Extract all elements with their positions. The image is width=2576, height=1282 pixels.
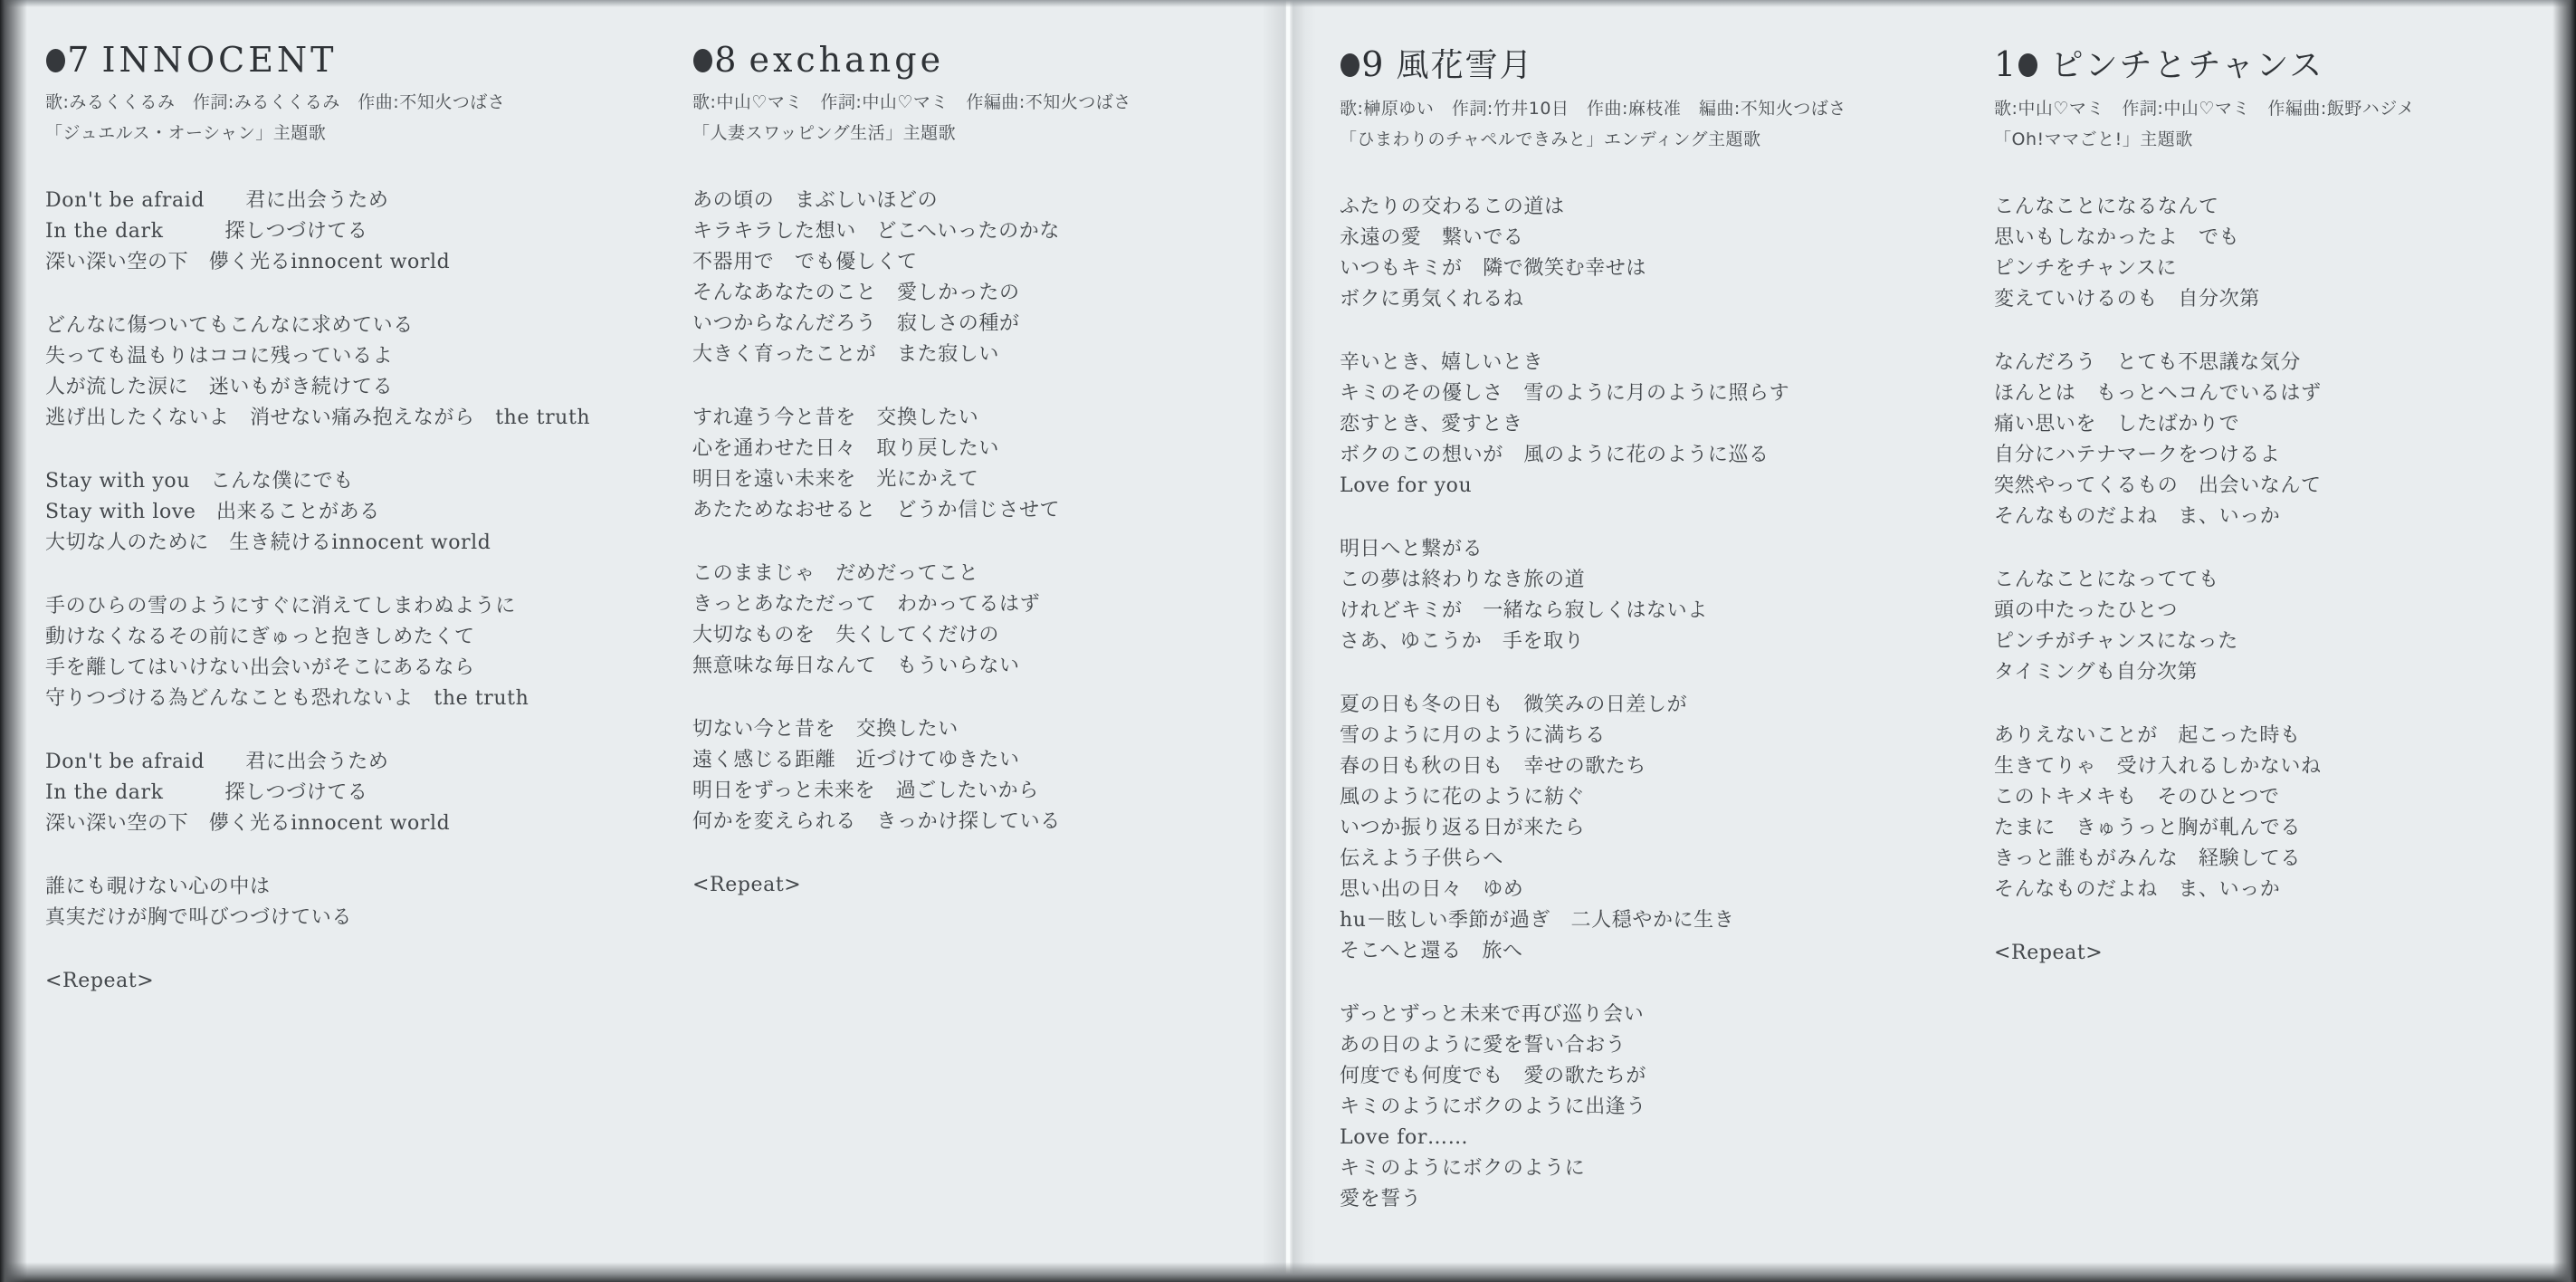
- track-number: 9: [1340, 44, 1385, 84]
- track-number: 8: [692, 40, 738, 80]
- lyric-line: いつか振り返る日が来たら: [1340, 813, 1944, 844]
- lyric-line: 風のように花のように紡ぐ: [1340, 782, 1944, 813]
- track-digit: 9: [1361, 44, 1385, 84]
- lyric-line: Love for you: [1340, 471, 1944, 502]
- lyric-line: 春の日も秋の日も 幸せの歌たち: [1340, 751, 1944, 782]
- lyric-line: 深い深い空の下 儚く光るinnocent world: [45, 808, 650, 839]
- song-section-08: 8exchange 歌:中山♡マミ 作詞:中山♡マミ 作編曲:不知火つばさ 「人…: [692, 40, 1297, 933]
- lyric-line: Stay with you こんな僕にでも: [45, 466, 650, 497]
- lyric-line: 不器用で でも優しくて: [692, 247, 1297, 278]
- stanza: <Repeat>: [692, 870, 1297, 901]
- stanza: なんだろう とても不思議な気分ほんとは もっとヘコんでいるはず痛い思いを したば…: [1994, 348, 2576, 532]
- song-credits: 歌:榊原ゆい 作詞:竹井10日 作曲:麻枝准 編曲:不知火つばさ: [1340, 95, 1944, 120]
- booklet-spread: 7INNOCENT 歌:みるくくるみ 作詞:みるくくるみ 作曲:不知火つばさ 「…: [0, 0, 2576, 1282]
- stanza: 夏の日も冬の日も 微笑みの日差しが雪のように月のように満ちる春の日も秋の日も 幸…: [1340, 690, 1944, 967]
- lyric-line: 誰にも覗けない心の中は: [45, 872, 650, 903]
- lyric-line: 手のひらの雪のようにすぐに消えてしまわぬように: [45, 591, 650, 622]
- lyric-line: 深い深い空の下 儚く光るinnocent world: [45, 247, 650, 278]
- lyric-line: 何度でも何度でも 愛の歌たちが: [1340, 1061, 1944, 1092]
- stanza: Don't be afraid 君に出会うためIn the dark 探しつづけ…: [45, 186, 650, 278]
- lyric-line: ほんとは もっとヘコんでいるはず: [1994, 378, 2576, 409]
- zero-digit-glyph: [1340, 53, 1360, 78]
- lyric-line: きっと誰もがみんな 経験してる: [1994, 844, 2576, 875]
- track-digit: 1: [1994, 44, 2018, 84]
- lyric-line: 切ない今と昔を 交換したい: [692, 714, 1297, 745]
- lyric-line: こんなことになってても: [1994, 565, 2576, 596]
- scan-edge-top: [0, 0, 2576, 7]
- lyric-line: 変えていけるのも 自分次第: [1994, 284, 2576, 315]
- lyric-line: すれ違う今と昔を 交換したい: [692, 403, 1297, 434]
- lyric-line: hu－眩しい季節が過ぎ 二人穏やかに生き: [1340, 905, 1944, 936]
- lyric-line: 何かを変えられる きっかけ探している: [692, 807, 1297, 837]
- lyric-line: たまに きゅうっと胸が軋んでる: [1994, 813, 2576, 844]
- lyric-line: In the dark 探しつづけてる: [45, 778, 650, 808]
- lyric-line: さあ、ゆこうか 手を取り: [1340, 627, 1944, 657]
- lyric-line: 思い出の日々 ゆめ: [1340, 875, 1944, 905]
- song-tieup: 「ひまわりのチャペルできみと」エンディング主題歌: [1340, 126, 1944, 150]
- lyrics: あの頃の まぶしいほどのキラキラした想い どこへいったのかな不器用で でも優しく…: [692, 186, 1297, 901]
- lyric-line: 愛を誓う: [1340, 1184, 1944, 1215]
- song-title-row: 8exchange: [692, 40, 1297, 80]
- lyric-line: ふたりの交わるこの道は: [1340, 192, 1944, 223]
- lyric-line: 無意味な毎日なんて もういらない: [692, 651, 1297, 682]
- track-number: 1: [1994, 44, 2039, 84]
- lyric-line: 守りつづける為どんなことも恐れないよ the truth: [45, 684, 650, 714]
- lyric-line: タイミングも自分次第: [1994, 657, 2576, 688]
- lyric-line: Stay with love 出来ることがある: [45, 497, 650, 528]
- stanza: こんなことになるなんて思いもしなかったよ でもピンチをチャンスに変えていけるのも…: [1994, 192, 2576, 315]
- zero-digit-glyph: [46, 49, 65, 73]
- lyric-line: いつもキミが 隣で微笑む幸せは: [1340, 254, 1944, 284]
- lyric-line: 遠く感じる距離 近づけてゆきたい: [692, 745, 1297, 776]
- lyric-line: 雪のように月のように満ちる: [1340, 721, 1944, 751]
- track-digit: 7: [67, 40, 91, 80]
- song-credits: 歌:中山♡マミ 作詞:中山♡マミ 作編曲:飯野ハジメ: [1994, 95, 2576, 120]
- zero-digit-glyph: [693, 49, 712, 73]
- lyric-line: このままじゃ だめだってこと: [692, 559, 1297, 589]
- lyric-line: ずっとずっと未来で再び巡り会い: [1340, 1000, 1944, 1030]
- stanza: 手のひらの雪のようにすぐに消えてしまわぬように動けなくなるその前にぎゅっと抱きし…: [45, 591, 650, 714]
- lyric-line: 逃げ出したくないよ 消せない痛み抱えながら the truth: [45, 403, 650, 434]
- lyric-line: そんなあなたのこと 愛しかったの: [692, 278, 1297, 309]
- lyric-line: そんなものだよね ま、いっか: [1994, 875, 2576, 905]
- song-title: ピンチとチャンス: [2050, 47, 2323, 84]
- lyric-line: 明日へと繋がる: [1340, 534, 1944, 565]
- lyric-line: 明日を遠い未来を 光にかえて: [692, 464, 1297, 495]
- lyric-line: 痛い思いを したばかりで: [1994, 409, 2576, 440]
- lyric-line: 突然やってくるもの 出会いなんて: [1994, 471, 2576, 502]
- stanza: 誰にも覗けない心の中は真実だけが胸で叫びつづけている: [45, 872, 650, 933]
- lyric-line: In the dark 探しつづけてる: [45, 216, 650, 247]
- lyric-line: いつからなんだろう 寂しさの種が: [692, 309, 1297, 340]
- lyric-line: 夏の日も冬の日も 微笑みの日差しが: [1340, 690, 1944, 721]
- stanza: どんなに傷ついてもこんなに求めている失っても温もりはココに残っているよ人が流した…: [45, 311, 650, 434]
- lyric-line: Don't be afraid 君に出会うため: [45, 186, 650, 216]
- song-tieup: 「ジュエルス・オーシャン」主題歌: [45, 120, 650, 144]
- lyric-line: 動けなくなるその前にぎゅっと抱きしめたくて: [45, 622, 650, 653]
- stanza: こんなことになってても頭の中たったひとつピンチがチャンスになったタイミングも自分…: [1994, 565, 2576, 688]
- stanza: すれ違う今と昔を 交換したい心を通わせた日々 取り戻したい明日を遠い未来を 光に…: [692, 403, 1297, 526]
- lyric-line: 恋すとき、愛すとき: [1340, 409, 1944, 440]
- song-tieup: 「人妻スワッピング生活」主題歌: [692, 120, 1297, 144]
- stanza: ずっとずっと未来で再び巡り会いあの日のように愛を誓い合おう何度でも何度でも 愛の…: [1340, 1000, 1944, 1215]
- scan-edge-left: [0, 0, 27, 1282]
- lyric-line: 思いもしなかったよ でも: [1994, 223, 2576, 254]
- lyric-line: あの日のように愛を誓い合おう: [1340, 1030, 1944, 1061]
- track-digit: 8: [714, 40, 738, 80]
- stanza: 明日へと繋がるこの夢は終わりなき旅の道けれどキミが 一緒なら寂しくはないよさあ、…: [1340, 534, 1944, 657]
- lyrics: こんなことになるなんて思いもしなかったよ でもピンチをチャンスに変えていけるのも…: [1994, 192, 2576, 969]
- scan-edge-right: [2552, 0, 2576, 1282]
- lyric-line: 心を通わせた日々 取り戻したい: [692, 434, 1297, 464]
- lyric-line: あたためなおせると どうか信じさせて: [692, 495, 1297, 526]
- song-title-row: 1ピンチとチャンス: [1994, 40, 2576, 86]
- lyrics: ふたりの交わるこの道は永遠の愛 繋いでるいつもキミが 隣で微笑む幸せはボクに勇気…: [1340, 192, 1944, 1215]
- song-title: exchange: [749, 40, 944, 80]
- stanza: Stay with you こんな僕にでもStay with love 出来るこ…: [45, 466, 650, 559]
- stanza: あの頃の まぶしいほどのキラキラした想い どこへいったのかな不器用で でも優しく…: [692, 186, 1297, 370]
- stanza: <Repeat>: [45, 966, 650, 997]
- lyric-line: 真実だけが胸で叫びつづけている: [45, 903, 650, 933]
- lyric-line: そこへと還る 旅へ: [1340, 936, 1944, 967]
- lyric-line: 大きく育ったことが また寂しい: [692, 340, 1297, 370]
- lyric-line: <Repeat>: [1994, 938, 2576, 969]
- lyric-line: ピンチをチャンスに: [1994, 254, 2576, 284]
- lyric-line: ボクのこの想いが 風のように花のように巡る: [1340, 440, 1944, 471]
- zero-digit-glyph: [2018, 53, 2037, 78]
- lyric-line: 頭の中たったひとつ: [1994, 596, 2576, 627]
- song-title: INNOCENT: [101, 40, 337, 80]
- lyric-line: キラキラした想い どこへいったのかな: [692, 216, 1297, 247]
- lyric-line: <Repeat>: [692, 870, 1297, 901]
- lyric-line: この夢は終わりなき旅の道: [1340, 565, 1944, 596]
- lyric-line: 自分にハテナマークをつけるよ: [1994, 440, 2576, 471]
- stanza: ふたりの交わるこの道は永遠の愛 繋いでるいつもキミが 隣で微笑む幸せはボクに勇気…: [1340, 192, 1944, 315]
- lyric-line: ピンチがチャンスになった: [1994, 627, 2576, 657]
- lyrics: Don't be afraid 君に出会うためIn the dark 探しつづけ…: [45, 186, 650, 997]
- lyric-line: キミのようにボクのように出逢う: [1340, 1092, 1944, 1123]
- song-section-07: 7INNOCENT 歌:みるくくるみ 作詞:みるくくるみ 作曲:不知火つばさ 「…: [45, 40, 650, 1029]
- lyric-line: 伝えよう子供らへ: [1340, 844, 1944, 875]
- lyric-line: 失っても温もりはココに残っているよ: [45, 341, 650, 372]
- lyric-line: キミのその優しさ 雪のように月のように照らす: [1340, 378, 1944, 409]
- lyric-line: けれどキミが 一緒なら寂しくはないよ: [1340, 596, 1944, 627]
- lyric-line: きっとあなただって わかってるはず: [692, 589, 1297, 620]
- song-section-09: 9風花雪月 歌:榊原ゆい 作詞:竹井10日 作曲:麻枝准 編曲:不知火つばさ 「…: [1340, 40, 1944, 1248]
- stanza: 辛いとき、嬉しいときキミのその優しさ 雪のように月のように照らす恋すとき、愛すと…: [1340, 348, 1944, 502]
- song-tieup: 「Oh!ママごと!」主題歌: [1994, 126, 2576, 150]
- track-number: 7: [45, 40, 91, 80]
- lyric-line: 手を離してはいけない出会いがそこにあるなら: [45, 653, 650, 684]
- lyric-line: どんなに傷ついてもこんなに求めている: [45, 311, 650, 341]
- lyric-line: 生きてりゃ 受け入れるしかないね: [1994, 751, 2576, 782]
- center-fold-line: [1286, 0, 1290, 1282]
- song-section-10: 1ピンチとチャンス 歌:中山♡マミ 作詞:中山♡マミ 作編曲:飯野ハジメ 「Oh…: [1994, 40, 2576, 1001]
- lyric-line: ありえないことが 起こった時も: [1994, 721, 2576, 751]
- lyric-line: そんなものだよね ま、いっか: [1994, 502, 2576, 532]
- stanza: ありえないことが 起こった時も生きてりゃ 受け入れるしかないねこのトキメキも そ…: [1994, 721, 2576, 905]
- lyric-line: こんなことになるなんて: [1994, 192, 2576, 223]
- lyric-line: 辛いとき、嬉しいとき: [1340, 348, 1944, 378]
- song-title-row: 9風花雪月: [1340, 40, 1944, 86]
- stanza: Don't be afraid 君に出会うためIn the dark 探しつづけ…: [45, 747, 650, 839]
- lyric-line: あの頃の まぶしいほどの: [692, 186, 1297, 216]
- lyric-line: なんだろう とても不思議な気分: [1994, 348, 2576, 378]
- lyric-line: 大切なものを 失くしてくだけの: [692, 620, 1297, 651]
- lyric-line: 人が流した涙に 迷いもがき続けてる: [45, 372, 650, 403]
- song-title: 風花雪月: [1396, 47, 1533, 84]
- lyric-line: Don't be afraid 君に出会うため: [45, 747, 650, 778]
- scan-edge-bottom: [0, 1262, 2576, 1282]
- song-credits: 歌:みるくくるみ 作詞:みるくくるみ 作曲:不知火つばさ: [45, 89, 650, 113]
- lyric-line: ボクに勇気くれるね: [1340, 284, 1944, 315]
- stanza: <Repeat>: [1994, 938, 2576, 969]
- song-credits: 歌:中山♡マミ 作詞:中山♡マミ 作編曲:不知火つばさ: [692, 89, 1297, 113]
- lyric-line: キミのようにボクのように: [1340, 1153, 1944, 1184]
- stanza: このままじゃ だめだってこときっとあなただって わかってるはず大切なものを 失く…: [692, 559, 1297, 682]
- lyric-line: このトキメキも そのひとつで: [1994, 782, 2576, 813]
- lyric-line: <Repeat>: [45, 966, 650, 997]
- stanza: 切ない今と昔を 交換したい遠く感じる距離 近づけてゆきたい明日をずっと未来を 過…: [692, 714, 1297, 837]
- song-title-row: 7INNOCENT: [45, 40, 650, 80]
- lyric-line: 永遠の愛 繋いでる: [1340, 223, 1944, 254]
- lyric-line: 明日をずっと未来を 過ごしたいから: [692, 776, 1297, 807]
- lyric-line: Love for……: [1340, 1123, 1944, 1153]
- lyric-line: 大切な人のために 生き続けるinnocent world: [45, 528, 650, 559]
